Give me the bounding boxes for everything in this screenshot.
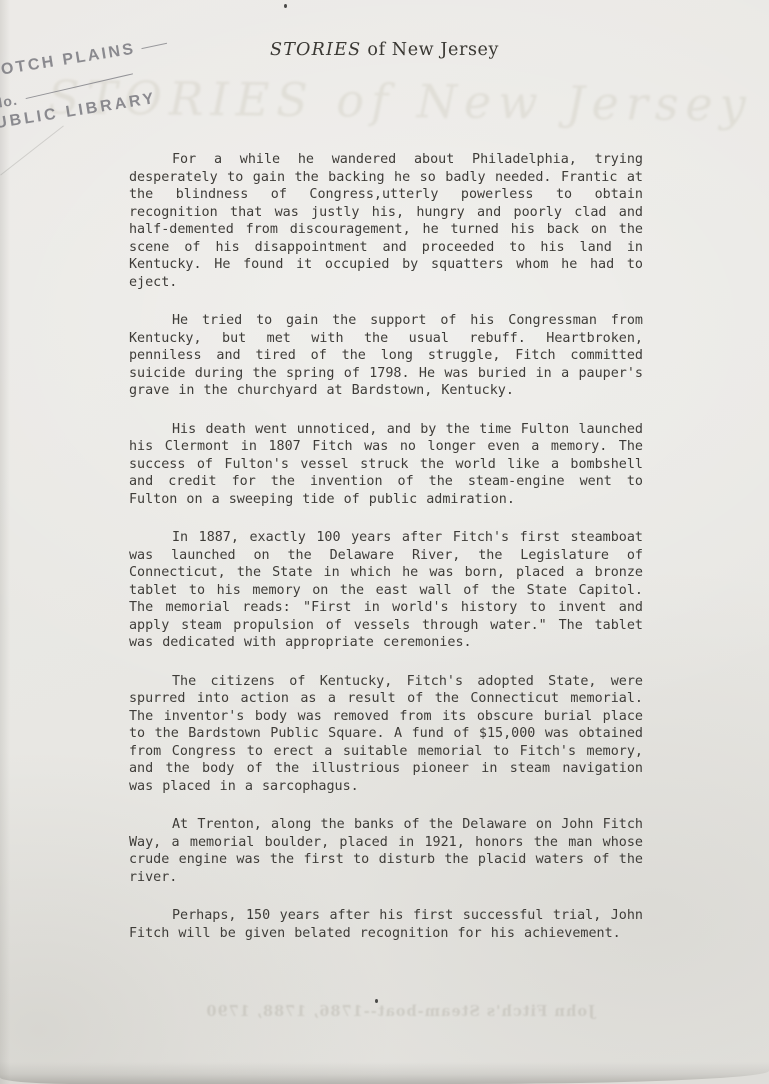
stamp-short-rule: [141, 43, 167, 49]
paragraph-kentucky-memorial: The citizens of Kentucky, Fitch's adopte…: [129, 673, 643, 796]
paragraph-recognition: Perhaps, 150 years after his first succe…: [129, 907, 643, 942]
ink-speck: [375, 999, 378, 1003]
bleed-through-footer-text: John Fitch's Steam-boat--1786, 1788, 179…: [225, 1003, 595, 1020]
series-title-italic: STORIES: [270, 40, 361, 60]
page-bottom-edge-shadow: [0, 1062, 769, 1084]
stamp-no-label: No.: [0, 92, 19, 112]
series-title-rest: of New Jersey: [361, 40, 499, 60]
ink-speck: [284, 4, 287, 8]
typewritten-body: For a while he wandered about Philadelph…: [129, 151, 643, 963]
paragraph-death-fulton: His death went unnoticed, and by the tim…: [129, 421, 643, 509]
paragraph-philadelphia: For a while he wandered about Philadelph…: [129, 151, 643, 291]
paragraph-congressman: He tried to gain the support of his Cong…: [129, 312, 643, 400]
page-left-edge-shadow: [0, 0, 10, 1084]
scanned-document-page: STORIES of New Jersey STORIES of New Jer…: [0, 0, 769, 1084]
paragraph-1887-tablet: In 1887, exactly 100 years after Fitch's…: [129, 529, 643, 652]
paragraph-trenton-boulder: At Trenton, along the banks of the Delaw…: [129, 816, 643, 886]
